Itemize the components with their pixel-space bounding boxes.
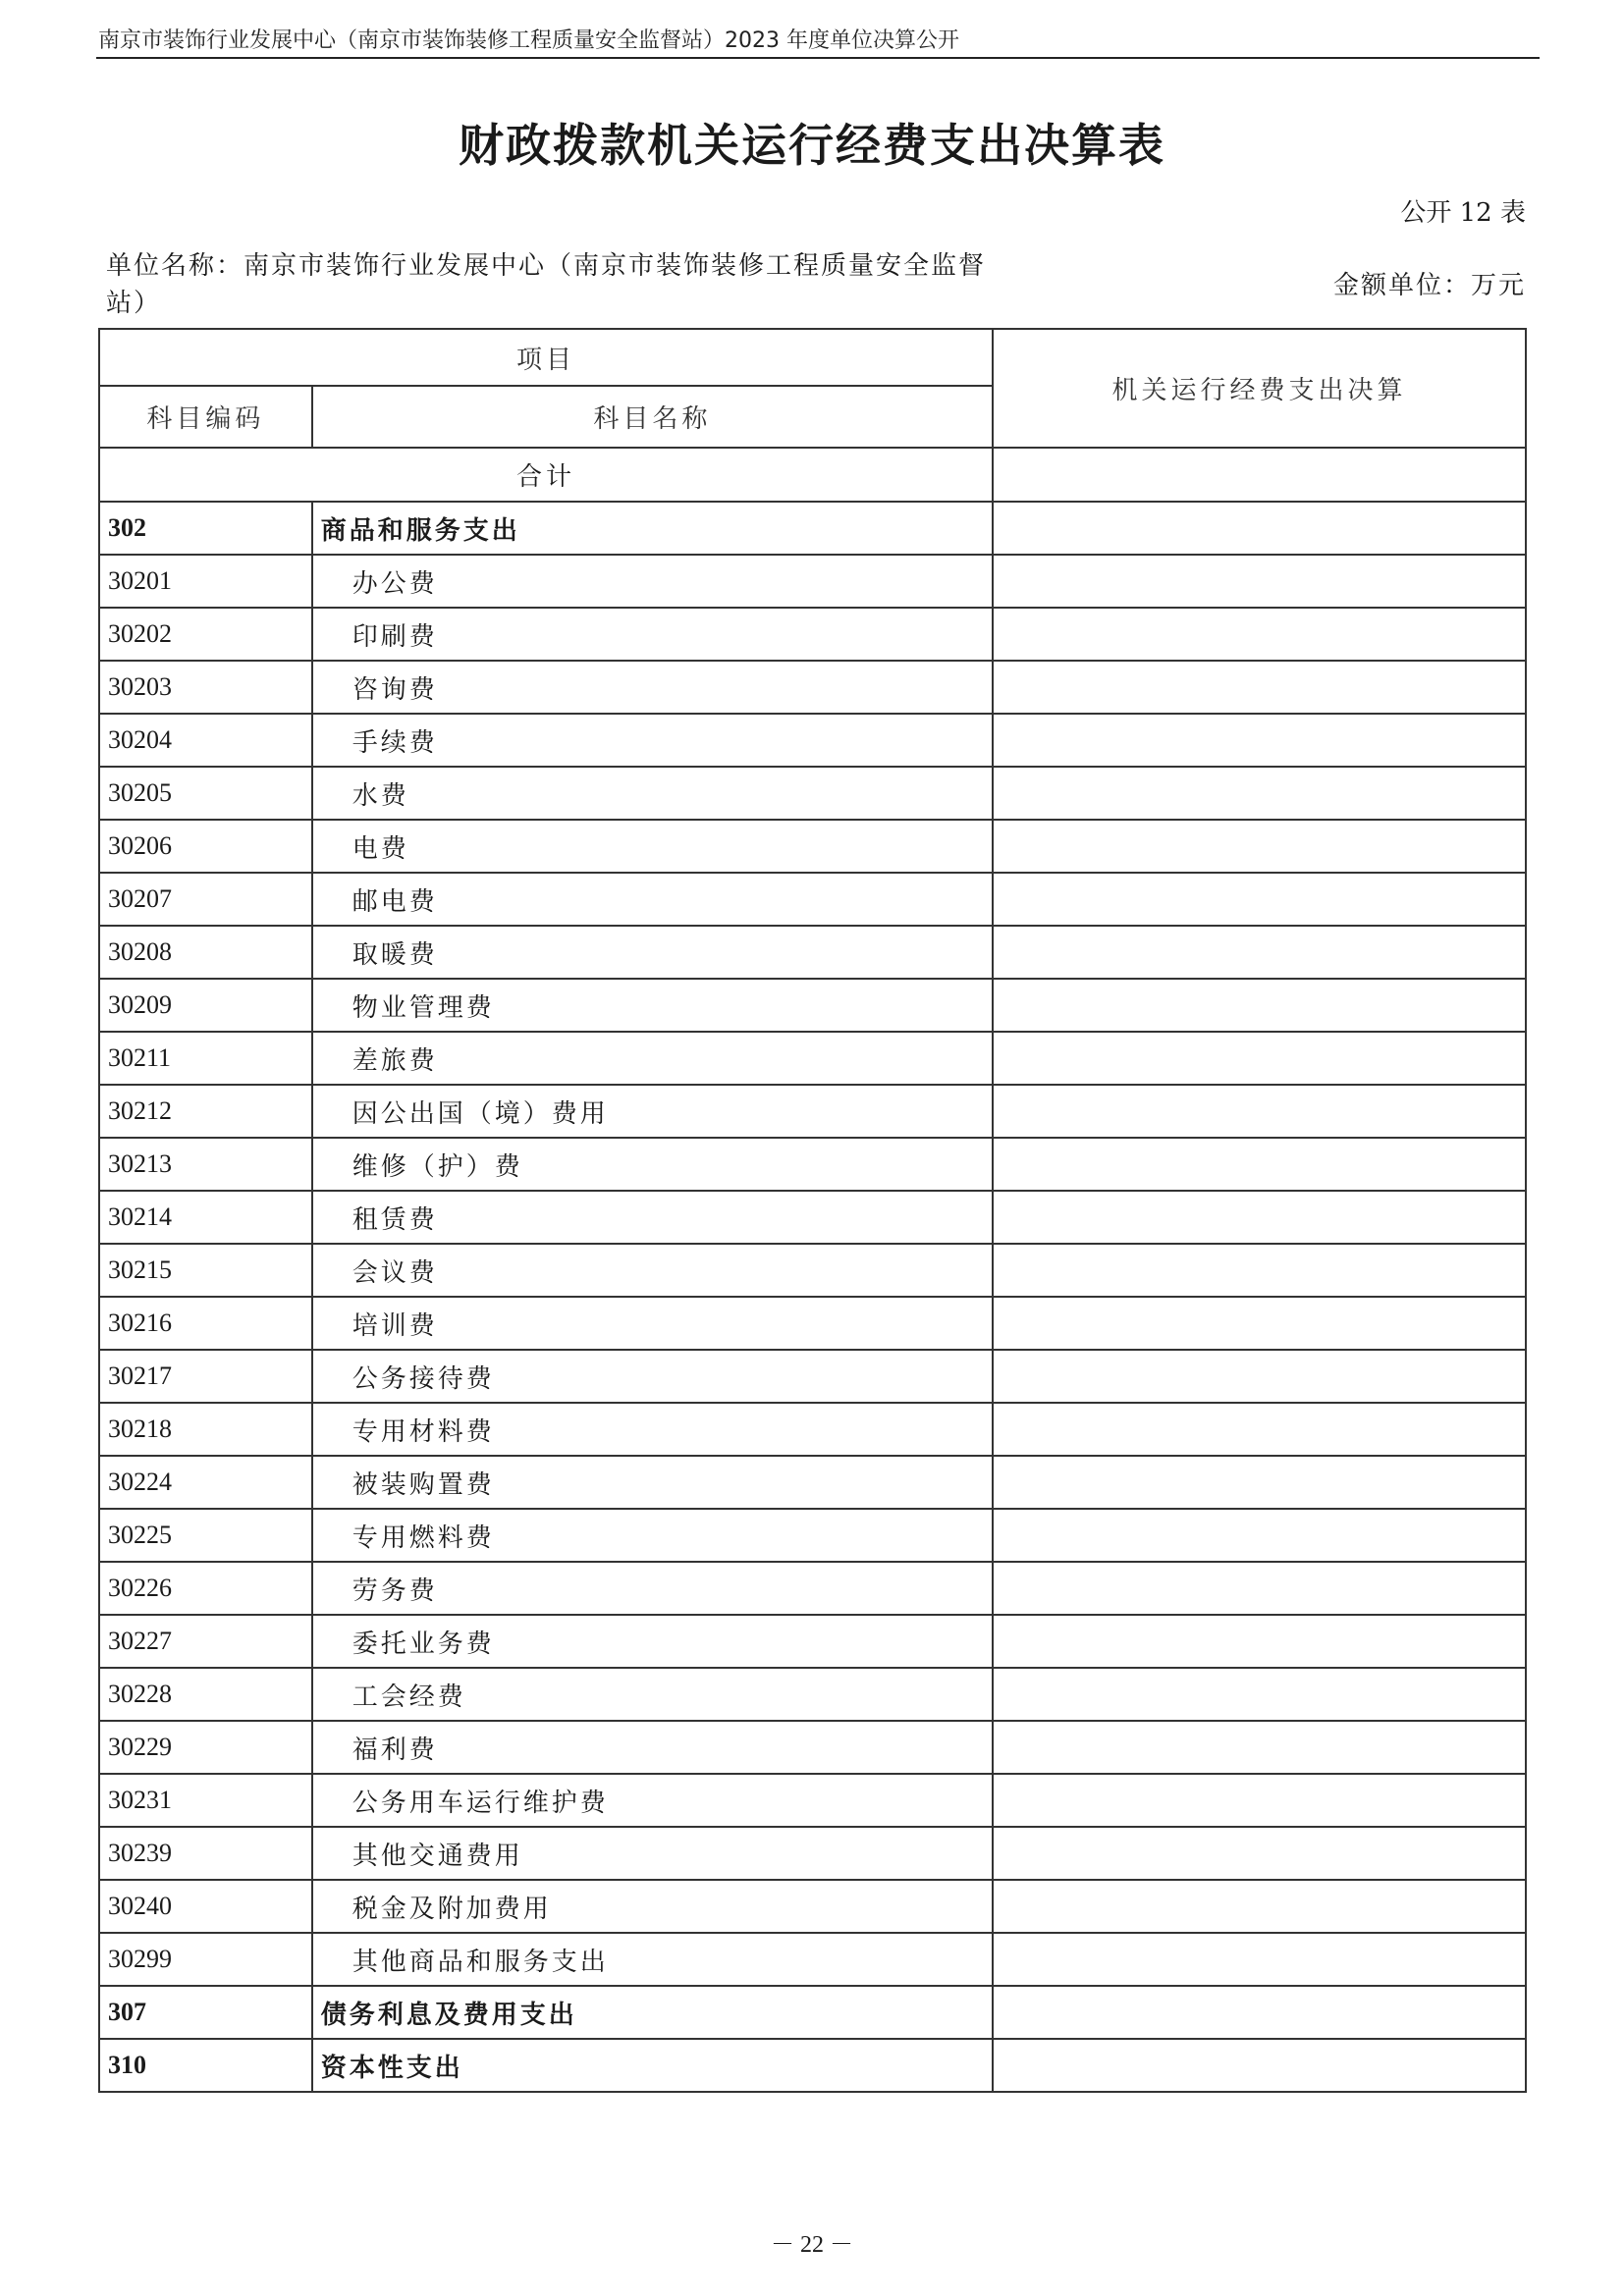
row-name: 邮电费 — [312, 873, 993, 926]
unit-name: 单位名称：南京市装饰行业发展中心（南京市装饰装修工程质量安全监督站） — [106, 247, 1009, 322]
row-amount — [993, 1244, 1526, 1297]
row-name: 商品和服务支出 — [312, 502, 993, 555]
row-name: 会议费 — [312, 1244, 993, 1297]
table-row: 30204手续费 — [99, 714, 1526, 767]
table-row: 30215会议费 — [99, 1244, 1526, 1297]
row-code: 30224 — [99, 1456, 312, 1509]
row-code: 30216 — [99, 1297, 312, 1350]
row-name: 委托业务费 — [312, 1615, 993, 1668]
row-name: 维修（护）费 — [312, 1138, 993, 1191]
table-row: 30226劳务费 — [99, 1562, 1526, 1615]
row-code: 30240 — [99, 1880, 312, 1933]
row-amount — [993, 1509, 1526, 1562]
row-name: 福利费 — [312, 1721, 993, 1774]
row-name: 印刷费 — [312, 608, 993, 661]
row-amount — [993, 608, 1526, 661]
row-code: 30201 — [99, 555, 312, 608]
row-name: 公务接待费 — [312, 1350, 993, 1403]
row-code: 30217 — [99, 1350, 312, 1403]
row-code: 30209 — [99, 979, 312, 1032]
table-row: 30201办公费 — [99, 555, 1526, 608]
table-row: 30208取暖费 — [99, 926, 1526, 979]
row-amount — [993, 555, 1526, 608]
row-code: 30202 — [99, 608, 312, 661]
row-amount — [993, 661, 1526, 714]
row-amount — [993, 1138, 1526, 1191]
row-name: 电费 — [312, 820, 993, 873]
header-name: 科目名称 — [312, 386, 993, 448]
row-code: 30231 — [99, 1774, 312, 1827]
row-amount — [993, 1456, 1526, 1509]
row-code: 30299 — [99, 1933, 312, 1986]
page-number: － 22 － — [0, 2224, 1624, 2259]
row-code: 30211 — [99, 1032, 312, 1085]
table-row: 30212因公出国（境）费用 — [99, 1085, 1526, 1138]
table-row: 30240税金及附加费用 — [99, 1880, 1526, 1933]
table-row: 307债务利息及费用支出 — [99, 1986, 1526, 2039]
row-code: 30228 — [99, 1668, 312, 1721]
row-name: 公务用车运行维护费 — [312, 1774, 993, 1827]
row-code: 30239 — [99, 1827, 312, 1880]
row-code: 30226 — [99, 1562, 312, 1615]
row-amount — [993, 1350, 1526, 1403]
row-name: 被装购置费 — [312, 1456, 993, 1509]
row-name: 其他商品和服务支出 — [312, 1933, 993, 1986]
table-row: 30224被装购置费 — [99, 1456, 1526, 1509]
row-amount — [993, 1297, 1526, 1350]
row-code: 30207 — [99, 873, 312, 926]
row-name: 差旅费 — [312, 1032, 993, 1085]
row-code: 310 — [99, 2039, 312, 2092]
header-code: 科目编码 — [99, 386, 312, 448]
row-amount — [993, 1562, 1526, 1615]
money-unit: 金额单位：万元 — [1333, 265, 1526, 301]
total-amount — [993, 448, 1526, 502]
table-row: 30205水费 — [99, 767, 1526, 820]
header-amount: 机关运行经费支出决算 — [993, 329, 1526, 448]
row-code: 30205 — [99, 767, 312, 820]
table-row: 30299其他商品和服务支出 — [99, 1933, 1526, 1986]
header-divider — [96, 57, 1540, 59]
row-code: 30208 — [99, 926, 312, 979]
table-number: 公开 12 表 — [1400, 192, 1526, 229]
row-code: 30204 — [99, 714, 312, 767]
row-code: 307 — [99, 1986, 312, 2039]
row-amount — [993, 1986, 1526, 2039]
row-name: 办公费 — [312, 555, 993, 608]
row-code: 30218 — [99, 1403, 312, 1456]
header-item: 项目 — [99, 329, 993, 386]
row-amount — [993, 926, 1526, 979]
row-name: 专用材料费 — [312, 1403, 993, 1456]
row-name: 水费 — [312, 767, 993, 820]
row-name: 工会经费 — [312, 1668, 993, 1721]
row-amount — [993, 1880, 1526, 1933]
row-name: 租赁费 — [312, 1191, 993, 1244]
row-amount — [993, 502, 1526, 555]
row-amount — [993, 767, 1526, 820]
row-name: 资本性支出 — [312, 2039, 993, 2092]
table-row: 30202印刷费 — [99, 608, 1526, 661]
expenditure-table: 项目 机关运行经费支出决算 科目编码 科目名称 合计 302商品和服务支出302… — [98, 328, 1527, 2093]
row-amount — [993, 1191, 1526, 1244]
table-row: 30206电费 — [99, 820, 1526, 873]
total-row: 合计 — [99, 448, 1526, 502]
row-code: 302 — [99, 502, 312, 555]
row-name: 因公出国（境）费用 — [312, 1085, 993, 1138]
row-name: 其他交通费用 — [312, 1827, 993, 1880]
row-amount — [993, 1721, 1526, 1774]
table-row: 30214租赁费 — [99, 1191, 1526, 1244]
row-code: 30229 — [99, 1721, 312, 1774]
table-row: 30203咨询费 — [99, 661, 1526, 714]
row-amount — [993, 1032, 1526, 1085]
row-amount — [993, 714, 1526, 767]
running-header: 南京市装饰行业发展中心（南京市装饰装修工程质量安全监督站）2023 年度单位决算… — [98, 24, 1526, 54]
total-label: 合计 — [99, 448, 993, 502]
row-name: 取暖费 — [312, 926, 993, 979]
row-amount — [993, 1827, 1526, 1880]
row-amount — [993, 1933, 1526, 1986]
row-amount — [993, 1615, 1526, 1668]
row-code: 30206 — [99, 820, 312, 873]
table-row: 30218专用材料费 — [99, 1403, 1526, 1456]
table-row: 30207邮电费 — [99, 873, 1526, 926]
table-row: 30211差旅费 — [99, 1032, 1526, 1085]
table-row: 30209物业管理费 — [99, 979, 1526, 1032]
row-amount — [993, 1403, 1526, 1456]
table-row: 302商品和服务支出 — [99, 502, 1526, 555]
row-amount — [993, 1774, 1526, 1827]
table-row: 30229福利费 — [99, 1721, 1526, 1774]
row-name: 债务利息及费用支出 — [312, 1986, 993, 2039]
table-row: 30217公务接待费 — [99, 1350, 1526, 1403]
table-row: 30216培训费 — [99, 1297, 1526, 1350]
table-row: 30227委托业务费 — [99, 1615, 1526, 1668]
row-amount — [993, 1668, 1526, 1721]
table-row: 30231公务用车运行维护费 — [99, 1774, 1526, 1827]
table-row: 30228工会经费 — [99, 1668, 1526, 1721]
row-name: 咨询费 — [312, 661, 993, 714]
header-row-1: 项目 机关运行经费支出决算 — [99, 329, 1526, 386]
row-code: 30212 — [99, 1085, 312, 1138]
row-code: 30203 — [99, 661, 312, 714]
row-amount — [993, 873, 1526, 926]
row-name: 物业管理费 — [312, 979, 993, 1032]
row-amount — [993, 820, 1526, 873]
table-row: 30225专用燃料费 — [99, 1509, 1526, 1562]
row-name: 税金及附加费用 — [312, 1880, 993, 1933]
row-name: 手续费 — [312, 714, 993, 767]
row-amount — [993, 2039, 1526, 2092]
row-amount — [993, 1085, 1526, 1138]
page-title: 财政拨款机关运行经费支出决算表 — [0, 110, 1624, 175]
table-row: 310资本性支出 — [99, 2039, 1526, 2092]
row-amount — [993, 979, 1526, 1032]
row-name: 专用燃料费 — [312, 1509, 993, 1562]
row-name: 培训费 — [312, 1297, 993, 1350]
row-code: 30215 — [99, 1244, 312, 1297]
row-name: 劳务费 — [312, 1562, 993, 1615]
row-code: 30227 — [99, 1615, 312, 1668]
row-code: 30225 — [99, 1509, 312, 1562]
table-row: 30239其他交通费用 — [99, 1827, 1526, 1880]
table-row: 30213维修（护）费 — [99, 1138, 1526, 1191]
row-code: 30213 — [99, 1138, 312, 1191]
row-code: 30214 — [99, 1191, 312, 1244]
